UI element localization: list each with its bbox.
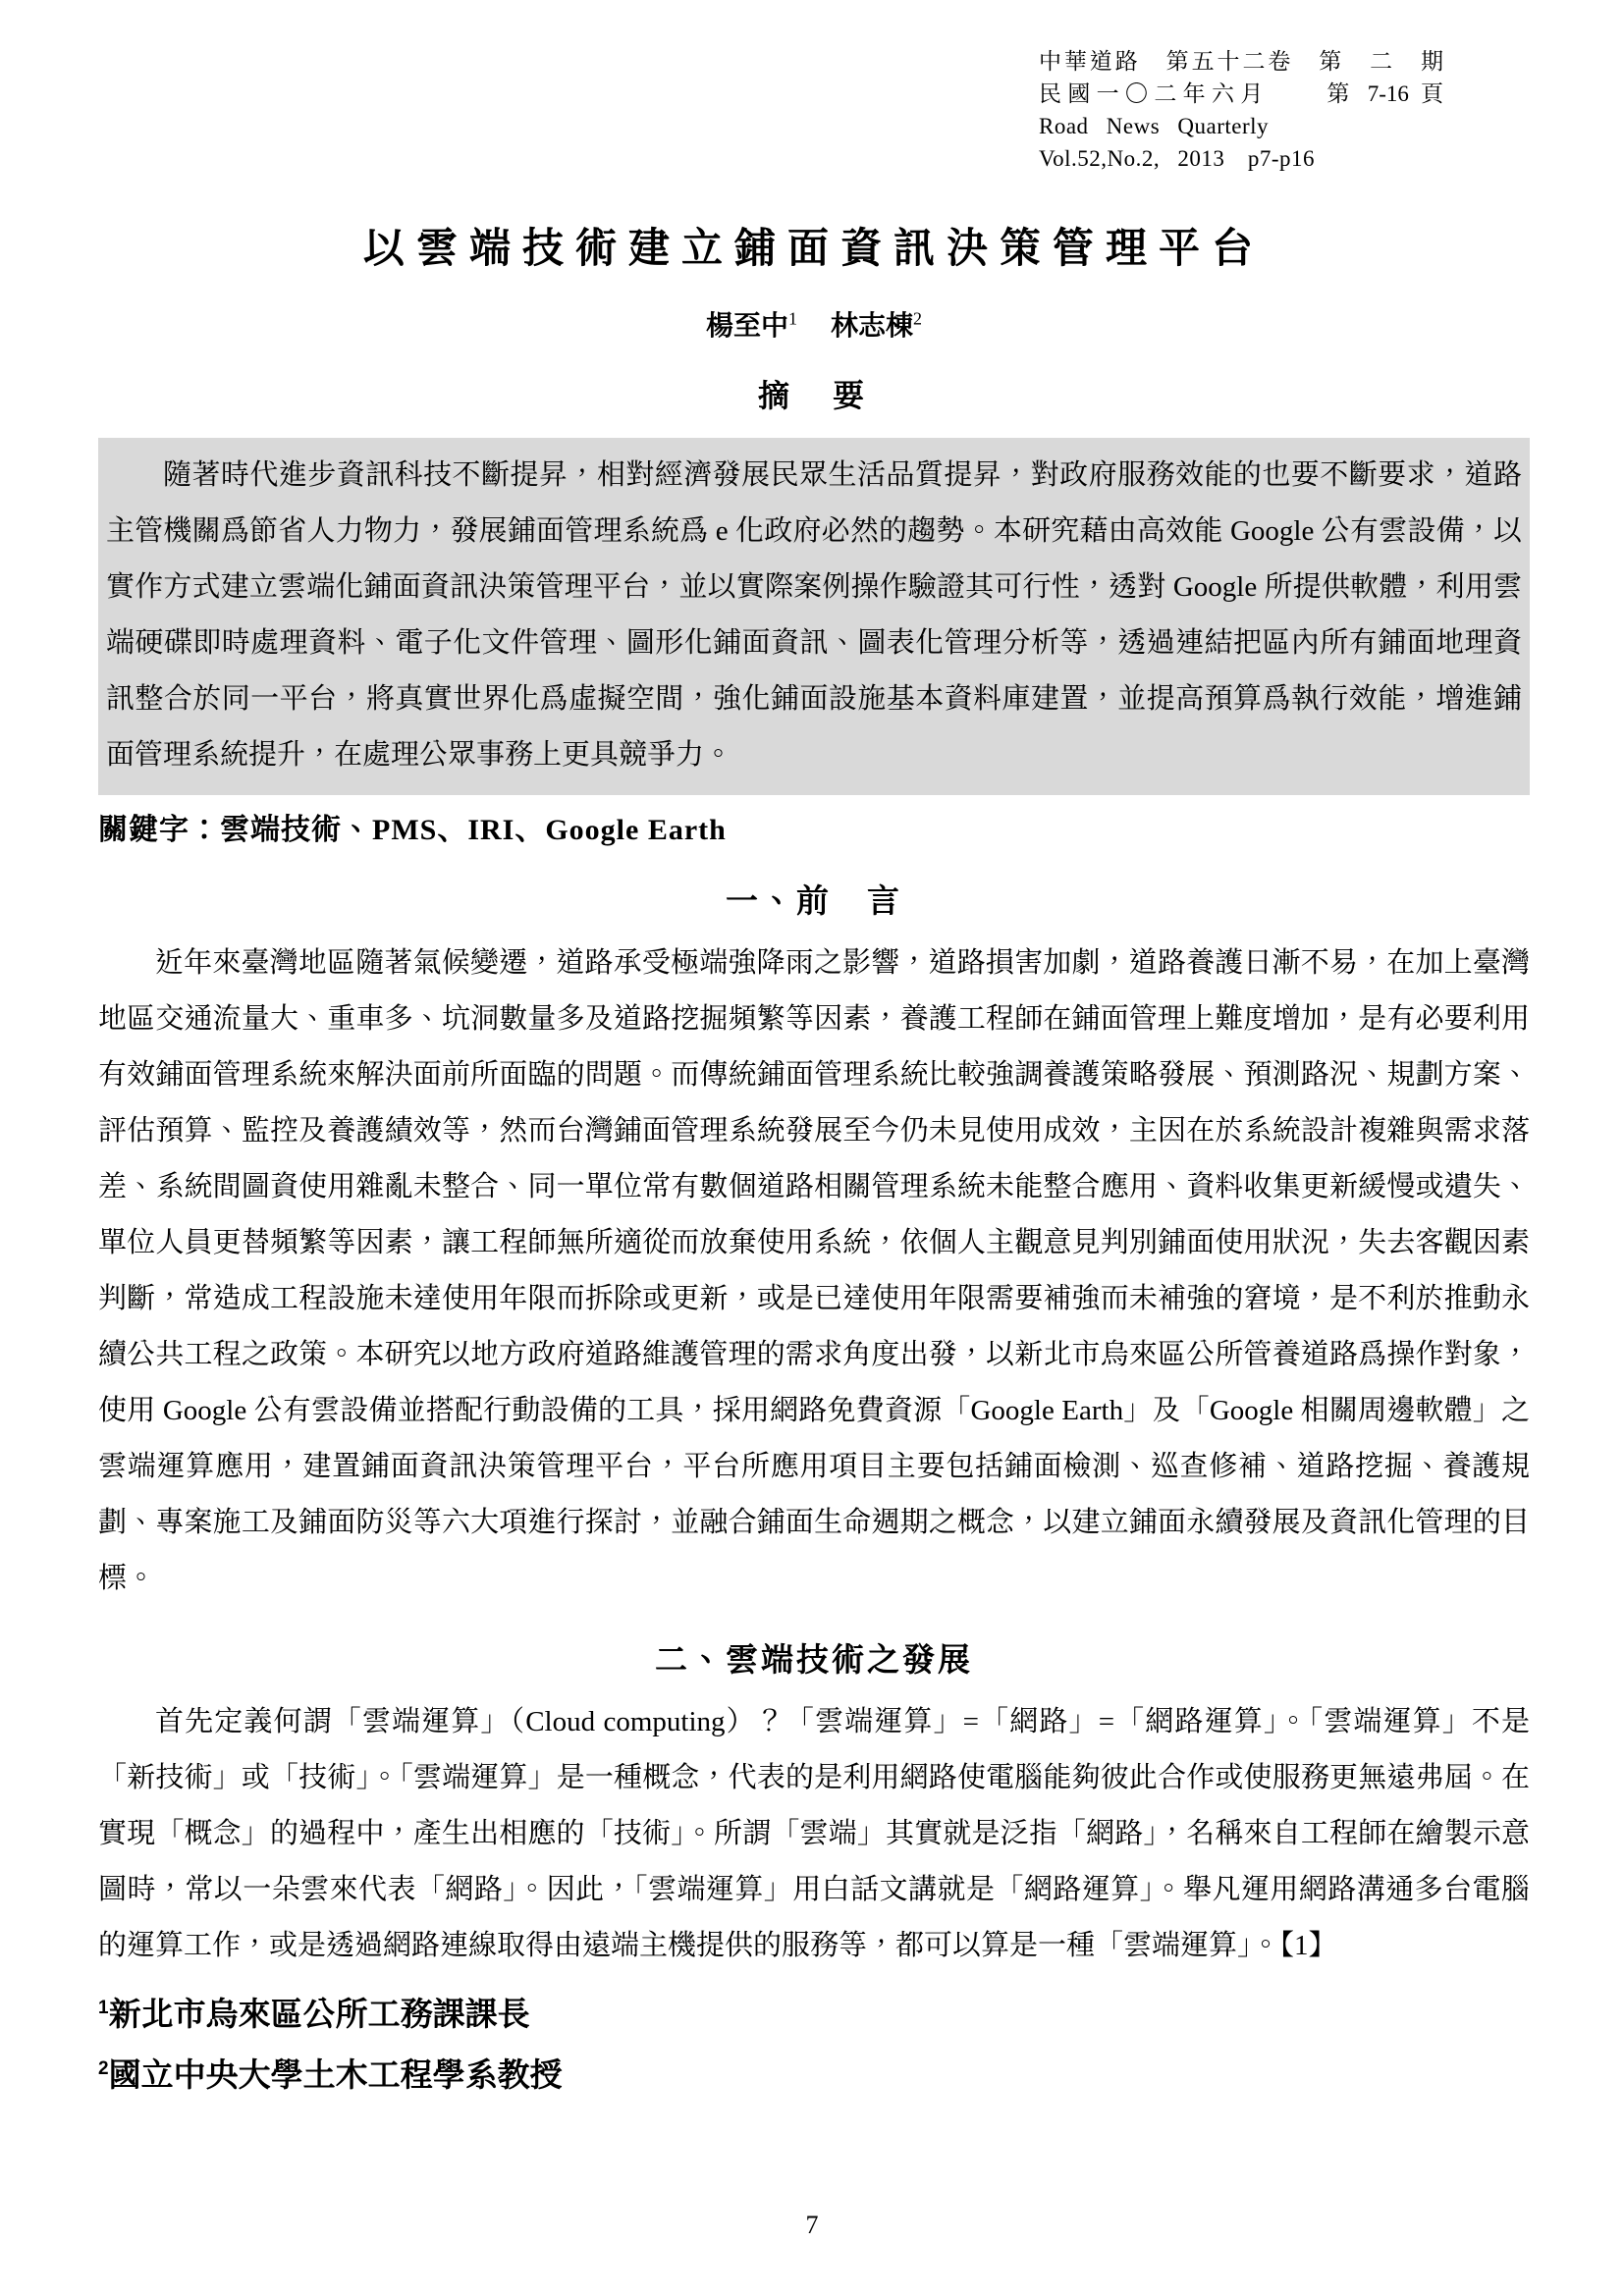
footnote-1: 1新北市烏來區公所工務課課長 (98, 1981, 563, 2042)
journal-volume-english: Vol.52,No.2, 2013 p7-p16 (1039, 142, 1443, 175)
journal-name-english: Road News Quarterly (1039, 110, 1443, 142)
journal-header: 中華道路 第五十二卷 第 二 期 民國一〇二年六月 第 7-16 頁 Road … (1039, 45, 1443, 175)
author-1: 楊至中1 (706, 311, 797, 342)
footnote-2-mark: 2 (98, 2058, 109, 2079)
footnote-2: 2國立中央大學土木工程學系教授 (98, 2042, 563, 2103)
author-2: 林志棟2 (831, 311, 922, 342)
abstract-text: 隨著時代進步資訊科技不斷提昇，相對經濟發展民眾生活品質提昇，對政府服務效能的也要… (106, 448, 1522, 783)
authors-line: 楊至中1林志棟2 (98, 304, 1530, 344)
journal-name-volume-issue: 中華道路 第五十二卷 第 二 期 (1039, 45, 1443, 78)
author-1-name: 楊至中 (706, 311, 788, 342)
keywords-list: 雲端技術、PMS、IRI、Google Earth (220, 814, 727, 846)
abstract-heading: 摘 要 (98, 371, 1530, 416)
author-2-affiliation-mark: 2 (913, 309, 922, 329)
author-2-name: 林志棟 (831, 311, 913, 342)
journal-date-pages: 民國一〇二年六月 第 7-16 頁 (1039, 78, 1443, 110)
paper-title: 以雲端技術建立鋪面資訊決策管理平台 (98, 216, 1530, 275)
footnotes: 1新北市烏來區公所工務課課長 2國立中央大學土木工程學系教授 (98, 1981, 563, 2103)
keywords-line: 關鍵字：雲端技術、PMS、IRI、Google Earth (98, 805, 1530, 848)
page-number: 7 (0, 2211, 1624, 2240)
introduction-paragraph: 近年來臺灣地區隨著氣候變遷，道路承受極端強降雨之影響，道路損害加劇，道路養護日漸… (98, 935, 1530, 1607)
page-content: 中華道路 第五十二卷 第 二 期 民國一〇二年六月 第 7-16 頁 Road … (0, 45, 1624, 1974)
footnote-2-text: 國立中央大學土木工程學系教授 (109, 2056, 563, 2093)
cloud-technology-paragraph: 首先定義何謂「雲端運算」（Cloud computing）？「雲端運算」=「網路… (98, 1694, 1530, 1974)
author-1-affiliation-mark: 1 (788, 309, 797, 329)
footnote-1-mark: 1 (98, 1998, 109, 2018)
document-page: 中華道路 第五十二卷 第 二 期 民國一〇二年六月 第 7-16 頁 Road … (0, 0, 1624, 2296)
keywords-label: 關鍵字： (98, 814, 220, 846)
footnote-1-text: 新北市烏來區公所工務課課長 (109, 1996, 530, 2032)
section-heading-introduction: 一、前 言 (98, 876, 1530, 922)
section-heading-cloud-technology: 二、雲端技術之發展 (98, 1634, 1530, 1681)
abstract-box: 隨著時代進步資訊科技不斷提昇，相對經濟發展民眾生活品質提昇，對政府服務效能的也要… (98, 438, 1530, 795)
